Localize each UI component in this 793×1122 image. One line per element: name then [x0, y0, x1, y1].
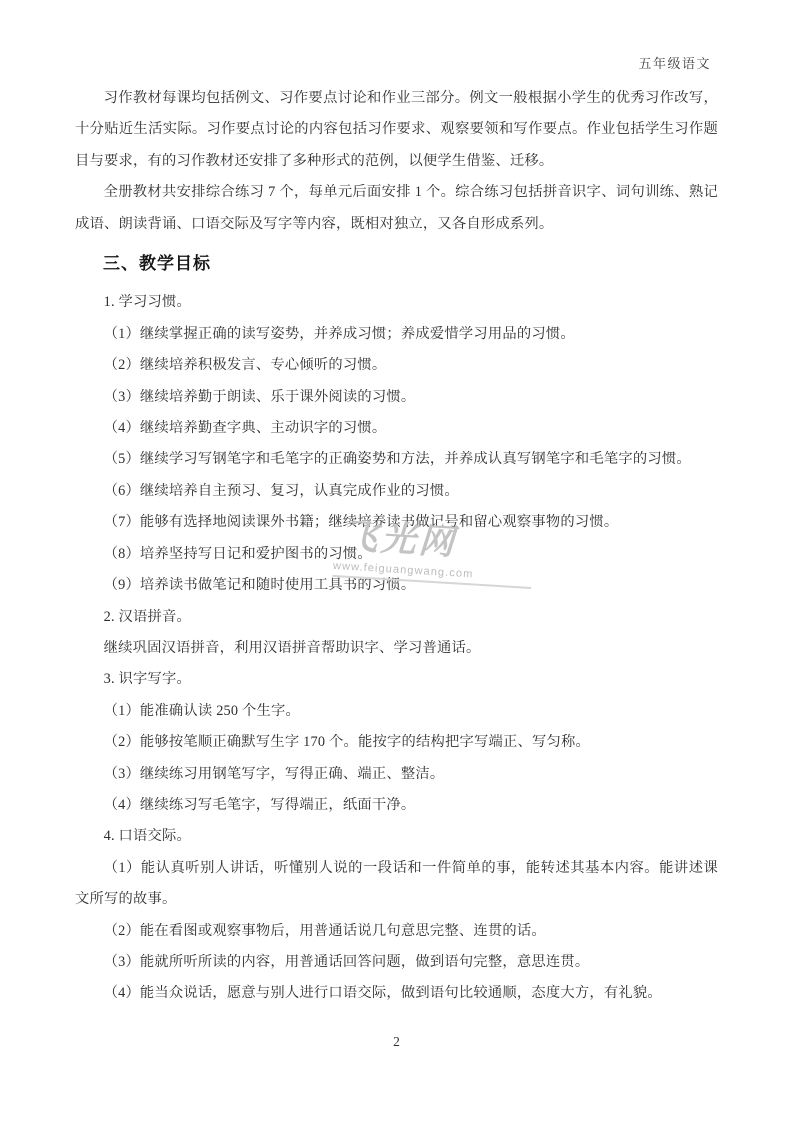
list-item: （6）继续培养自主预习、复习，认真完成作业的习惯。	[75, 476, 718, 507]
list-item: （4）能当众说话，愿意与别人进行口语交际，做到语句比较通顺，态度大方，有礼貌。	[75, 978, 718, 1009]
list-item: （9）培养读书做笔记和随时使用工具书的习惯。	[75, 570, 718, 601]
list-item: （2）能够按笔顺正确默写生字 170 个。能按字的结构把字写端正、写匀称。	[75, 727, 718, 758]
list-item: （8）培养坚持写日记和爱护图书的习惯。	[75, 539, 718, 570]
document-page: 五年级语文 习作教材每课均包括例文、习作要点讨论和作业三部分。例文一般根据小学生…	[0, 0, 793, 1122]
list-item: （7）能够有选择地阅读课外书籍；继续培养读书做记号和留心观察事物的习惯。	[75, 507, 718, 538]
list-item: 1. 学习习惯。	[75, 287, 718, 318]
body-paragraph: 全册教材共安排综合练习 7 个，每单元后面安排 1 个。综合练习包括拼音识字、词…	[75, 177, 718, 240]
list-item: （4）继续练习写毛笔字，写得端正，纸面干净。	[75, 790, 718, 821]
list-item: （3）能就所听所读的内容，用普通话回答问题，做到语句完整，意思连贯。	[75, 947, 718, 978]
list-item: （3）继续培养勤于朗读、乐于课外阅读的习惯。	[75, 382, 718, 413]
list-item: （1）能认真听别人讲话，听懂别人说的一段话和一件简单的事，能转述其基本内容。能讲…	[75, 853, 718, 916]
page-number: 2	[393, 1034, 400, 1049]
document-content: 习作教材每课均包括例文、习作要点讨论和作业三部分。例文一般根据小学生的优秀习作改…	[75, 83, 718, 1010]
body-paragraph: 习作教材每课均包括例文、习作要点讨论和作业三部分。例文一般根据小学生的优秀习作改…	[75, 83, 718, 177]
header-course-label: 五年级语文	[638, 56, 711, 71]
list-item: （1）能准确认读 250 个生字。	[75, 696, 718, 727]
list-item: （3）继续练习用钢笔写字，写得正确、端正、整洁。	[75, 759, 718, 790]
list-item: （1）继续掌握正确的读写姿势，并养成习惯；养成爱惜学习用品的习惯。	[75, 319, 718, 350]
list-item: 2. 汉语拼音。	[75, 602, 718, 633]
list-item: （4）继续培养勤查字典、主动识字的习惯。	[75, 413, 718, 444]
section-heading: 三、教学目标	[75, 248, 718, 279]
list-item: 继续巩固汉语拼音，利用汉语拼音帮助识字、学习普通话。	[75, 633, 718, 664]
list-item: 3. 识字写字。	[75, 664, 718, 695]
page-footer: 2	[0, 1034, 793, 1050]
list-item: （2）继续培养积极发言、专心倾听的习惯。	[75, 350, 718, 381]
list-item: （5）继续学习写钢笔字和毛笔字的正确姿势和方法，并养成认真写钢笔字和毛笔字的习惯…	[75, 444, 718, 475]
list-item: 4. 口语交际。	[75, 821, 718, 852]
list-item: （2）能在看图或观察事物后，用普通话说几句意思完整、连贯的话。	[75, 916, 718, 947]
page-header: 五年级语文	[638, 53, 711, 72]
